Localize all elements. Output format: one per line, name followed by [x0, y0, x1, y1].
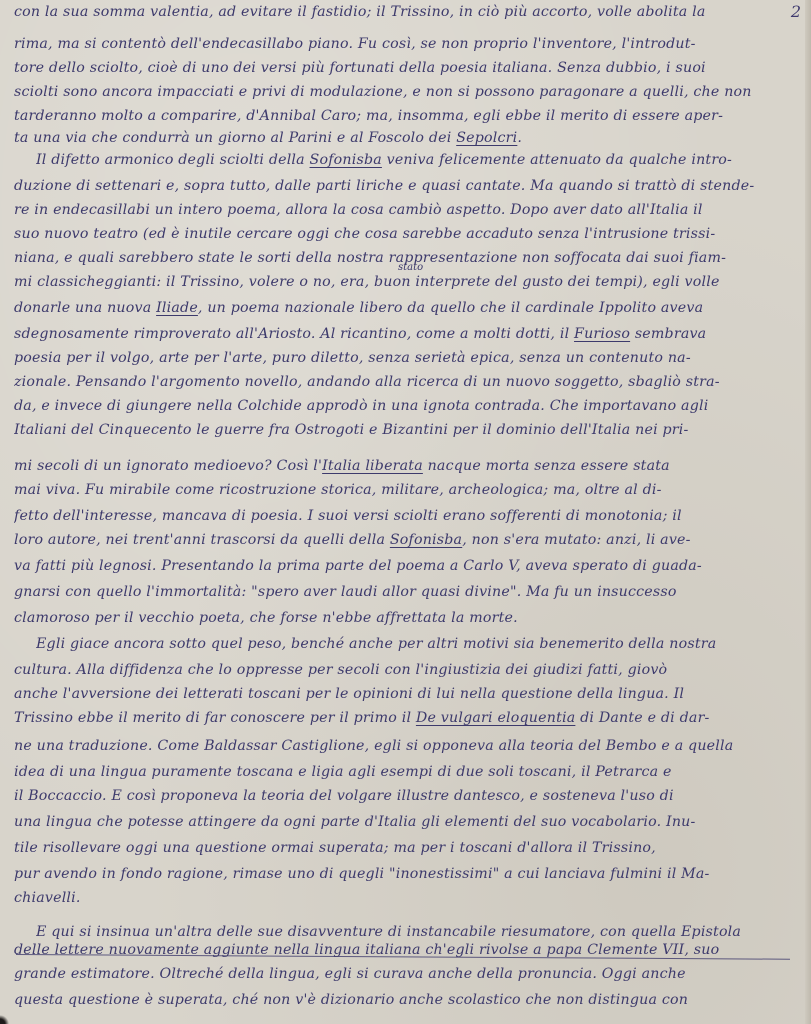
text-line: anche l'avversione dei letterati toscani… — [14, 684, 804, 704]
text-line: E qui si insinua un'altra delle sue disa… — [36, 922, 804, 942]
text-line: suo nuovo teatro (ed è inutile cercare o… — [14, 224, 804, 244]
text-line: re in endecasillabi un intero poema, all… — [14, 200, 804, 220]
text-line: fetto dell'interesse, mancava di poesia.… — [14, 506, 804, 526]
text-line: tile risollevare oggi una questione orma… — [14, 838, 804, 858]
text-line: gnarsi con quello l'immortalità: "spero … — [14, 582, 804, 602]
underlined-title: Sepolcri — [456, 130, 517, 146]
text-line: una lingua che potesse attingere da ogni… — [14, 812, 804, 832]
text-line: Italiani del Cinquecento le guerre fra O… — [14, 420, 804, 440]
text-line: tore dello sciolto, cioè di uno dei vers… — [14, 58, 804, 78]
text-line: va fatti più legnosi. Presentando la pri… — [14, 556, 804, 576]
text-line: il Boccaccio. E così proponeva la teoria… — [14, 786, 804, 806]
text-line: questa questione è superata, ché non v'è… — [14, 990, 804, 1010]
text-line: poesia per il volgo, arte per l'arte, pu… — [14, 348, 804, 368]
scan-corner-shadow — [0, 1014, 10, 1024]
text-line: duzione di settenari e, sopra tutto, dal… — [14, 176, 804, 196]
text-line: ta una via che condurrà un giorno al Par… — [14, 128, 804, 148]
text-line: ne una traduzione. Come Baldassar Castig… — [14, 736, 804, 756]
text-line: loro autore, nei trent'anni trascorsi da… — [14, 530, 804, 550]
underlined-title: Furioso — [574, 326, 630, 342]
text-line: idea di una lingua puramente toscana e l… — [14, 762, 804, 782]
text-line: zionale. Pensando l'argomento novello, a… — [14, 372, 804, 392]
text-line: cultura. Alla diffidenza che lo oppresse… — [14, 660, 804, 680]
text-line: grande estimatore. Oltreché della lingua… — [14, 964, 804, 984]
text-line: Trissino ebbe il merito di far conoscere… — [14, 708, 804, 728]
text-line: clamoroso per il vecchio poeta, che fors… — [14, 608, 804, 628]
text-line: mi secoli di un ignorato medioevo? Così … — [14, 456, 804, 476]
manuscript-page: 2 con la sua somma valentia, ad evitare … — [0, 0, 811, 1024]
text-line: mai viva. Fu mirabile come ricostruzione… — [14, 480, 804, 500]
underlined-title: Sofonisba — [390, 532, 462, 548]
text-line: Il difetto armonico degli sciolti della … — [36, 150, 804, 170]
underlined-title: De vulgari eloquentia — [416, 710, 575, 726]
text-line: pur avendo in fondo ragione, rimase uno … — [14, 864, 804, 884]
text-line: con la sua somma valentia, ad evitare il… — [14, 2, 804, 22]
text-line: rima, ma si contentò dell'endecasillabo … — [14, 34, 804, 54]
text-line: chiavelli. — [14, 888, 804, 908]
text-line: Egli giace ancora sotto quel peso, bench… — [36, 634, 804, 654]
text-line: da, e invece di giungere nella Colchide … — [14, 396, 804, 416]
page-edge — [805, 0, 811, 1024]
text-line: sciolti sono ancora impacciati e privi d… — [14, 82, 804, 102]
text-line: donarle una nuova Iliade, un poema nazio… — [14, 298, 804, 318]
text-line: mi classicheggianti: il Trissino, volere… — [14, 272, 804, 292]
text-line: tarderanno molto a comparire, d'Annibal … — [14, 106, 804, 126]
underlined-title: Italia liberata — [322, 458, 423, 474]
underlined-title: Sofonisba — [310, 152, 382, 168]
text-line: sdegnosamente rimproverato all'Ariosto. … — [14, 324, 804, 344]
underlined-title: Iliade — [156, 300, 198, 316]
